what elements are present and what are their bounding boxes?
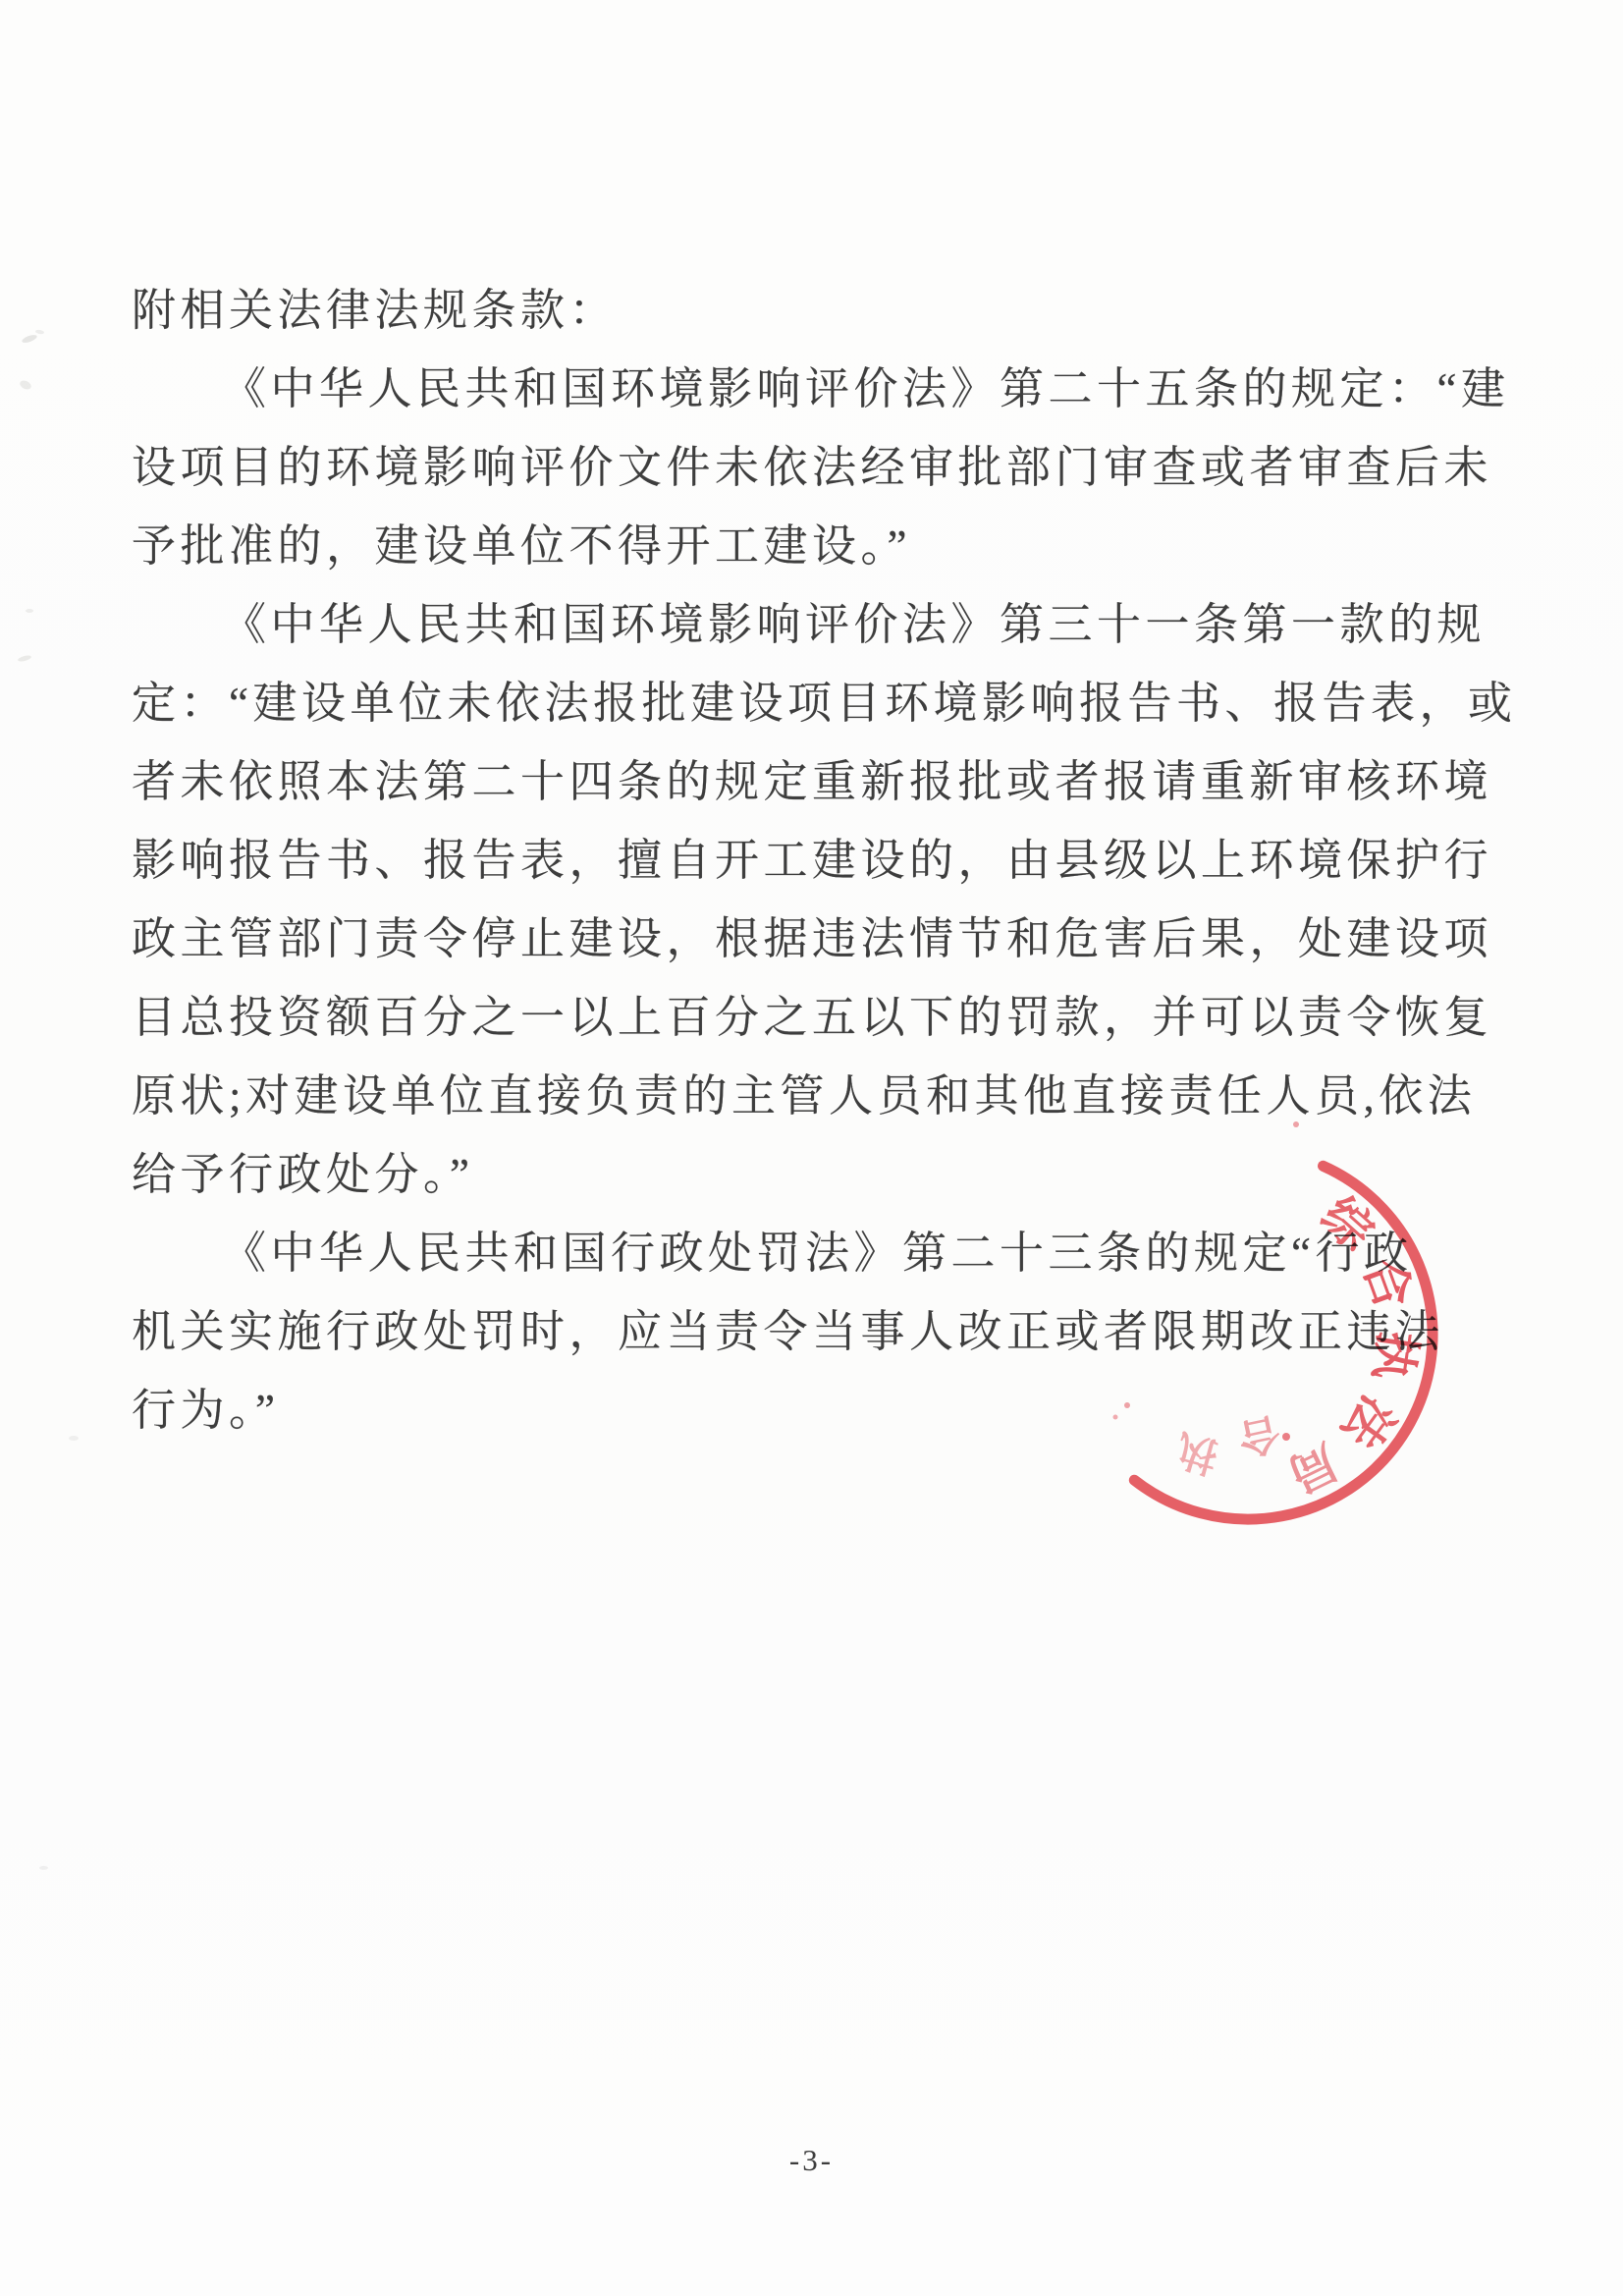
text-line: 政主管部门责令停止建设，根据违法情节和危害后果，处建设项: [132, 900, 1498, 978]
ink-speck: [1293, 1121, 1299, 1127]
text-line: 定：“建设单位未依法报批建设项目环境影响报告书、报告表，或: [132, 664, 1498, 742]
text-line: 者未依照本法第二十四条的规定重新报批或者报请重新审核环境: [132, 742, 1498, 821]
official-seal-stamp: 综 合 执 法 局 合 执: [1051, 1105, 1453, 1537]
text-line: 影响报告书、报告表，擅自开工建设的，由县级以上环境保护行: [132, 821, 1498, 900]
section-heading: 附相关法律法规条款：: [132, 271, 1498, 350]
scan-artifact: [39, 1866, 48, 1870]
ink-speck: [1113, 1415, 1118, 1420]
scan-artifact: [69, 1436, 79, 1441]
scan-artifact: [35, 329, 45, 335]
text-line: 予批准的，建设单位不得开工建设。”: [132, 507, 1498, 585]
page-number: -3-: [0, 2143, 1623, 2178]
scan-artifact: [19, 379, 32, 391]
text-line: 设项目的环境影响评价文件未依法经审批部门审查或者审查后未: [132, 428, 1498, 507]
ink-speck: [1124, 1402, 1130, 1408]
seal-char-partial: 合: [1234, 1408, 1284, 1464]
text-line: 目总投资额百分之一以上百分之五以下的罚款，并可以责令恢复: [132, 978, 1498, 1057]
scan-artifact: [21, 333, 37, 344]
seal-char: 执: [1363, 1328, 1426, 1385]
seal-char-partial: 执: [1171, 1425, 1223, 1482]
ink-speck: [1282, 1433, 1290, 1441]
scanned-document-page: 附相关法律法规条款： 《中华人民共和国环境影响评价法》第二十五条的规定：“建 设…: [0, 0, 1623, 2296]
text-line: 《中华人民共和国环境影响评价法》第三十一条第一款的规: [132, 585, 1498, 664]
scan-artifact: [26, 609, 33, 613]
text-line: 《中华人民共和国环境影响评价法》第二十五条的规定：“建: [132, 350, 1498, 428]
scan-artifact: [18, 654, 32, 662]
